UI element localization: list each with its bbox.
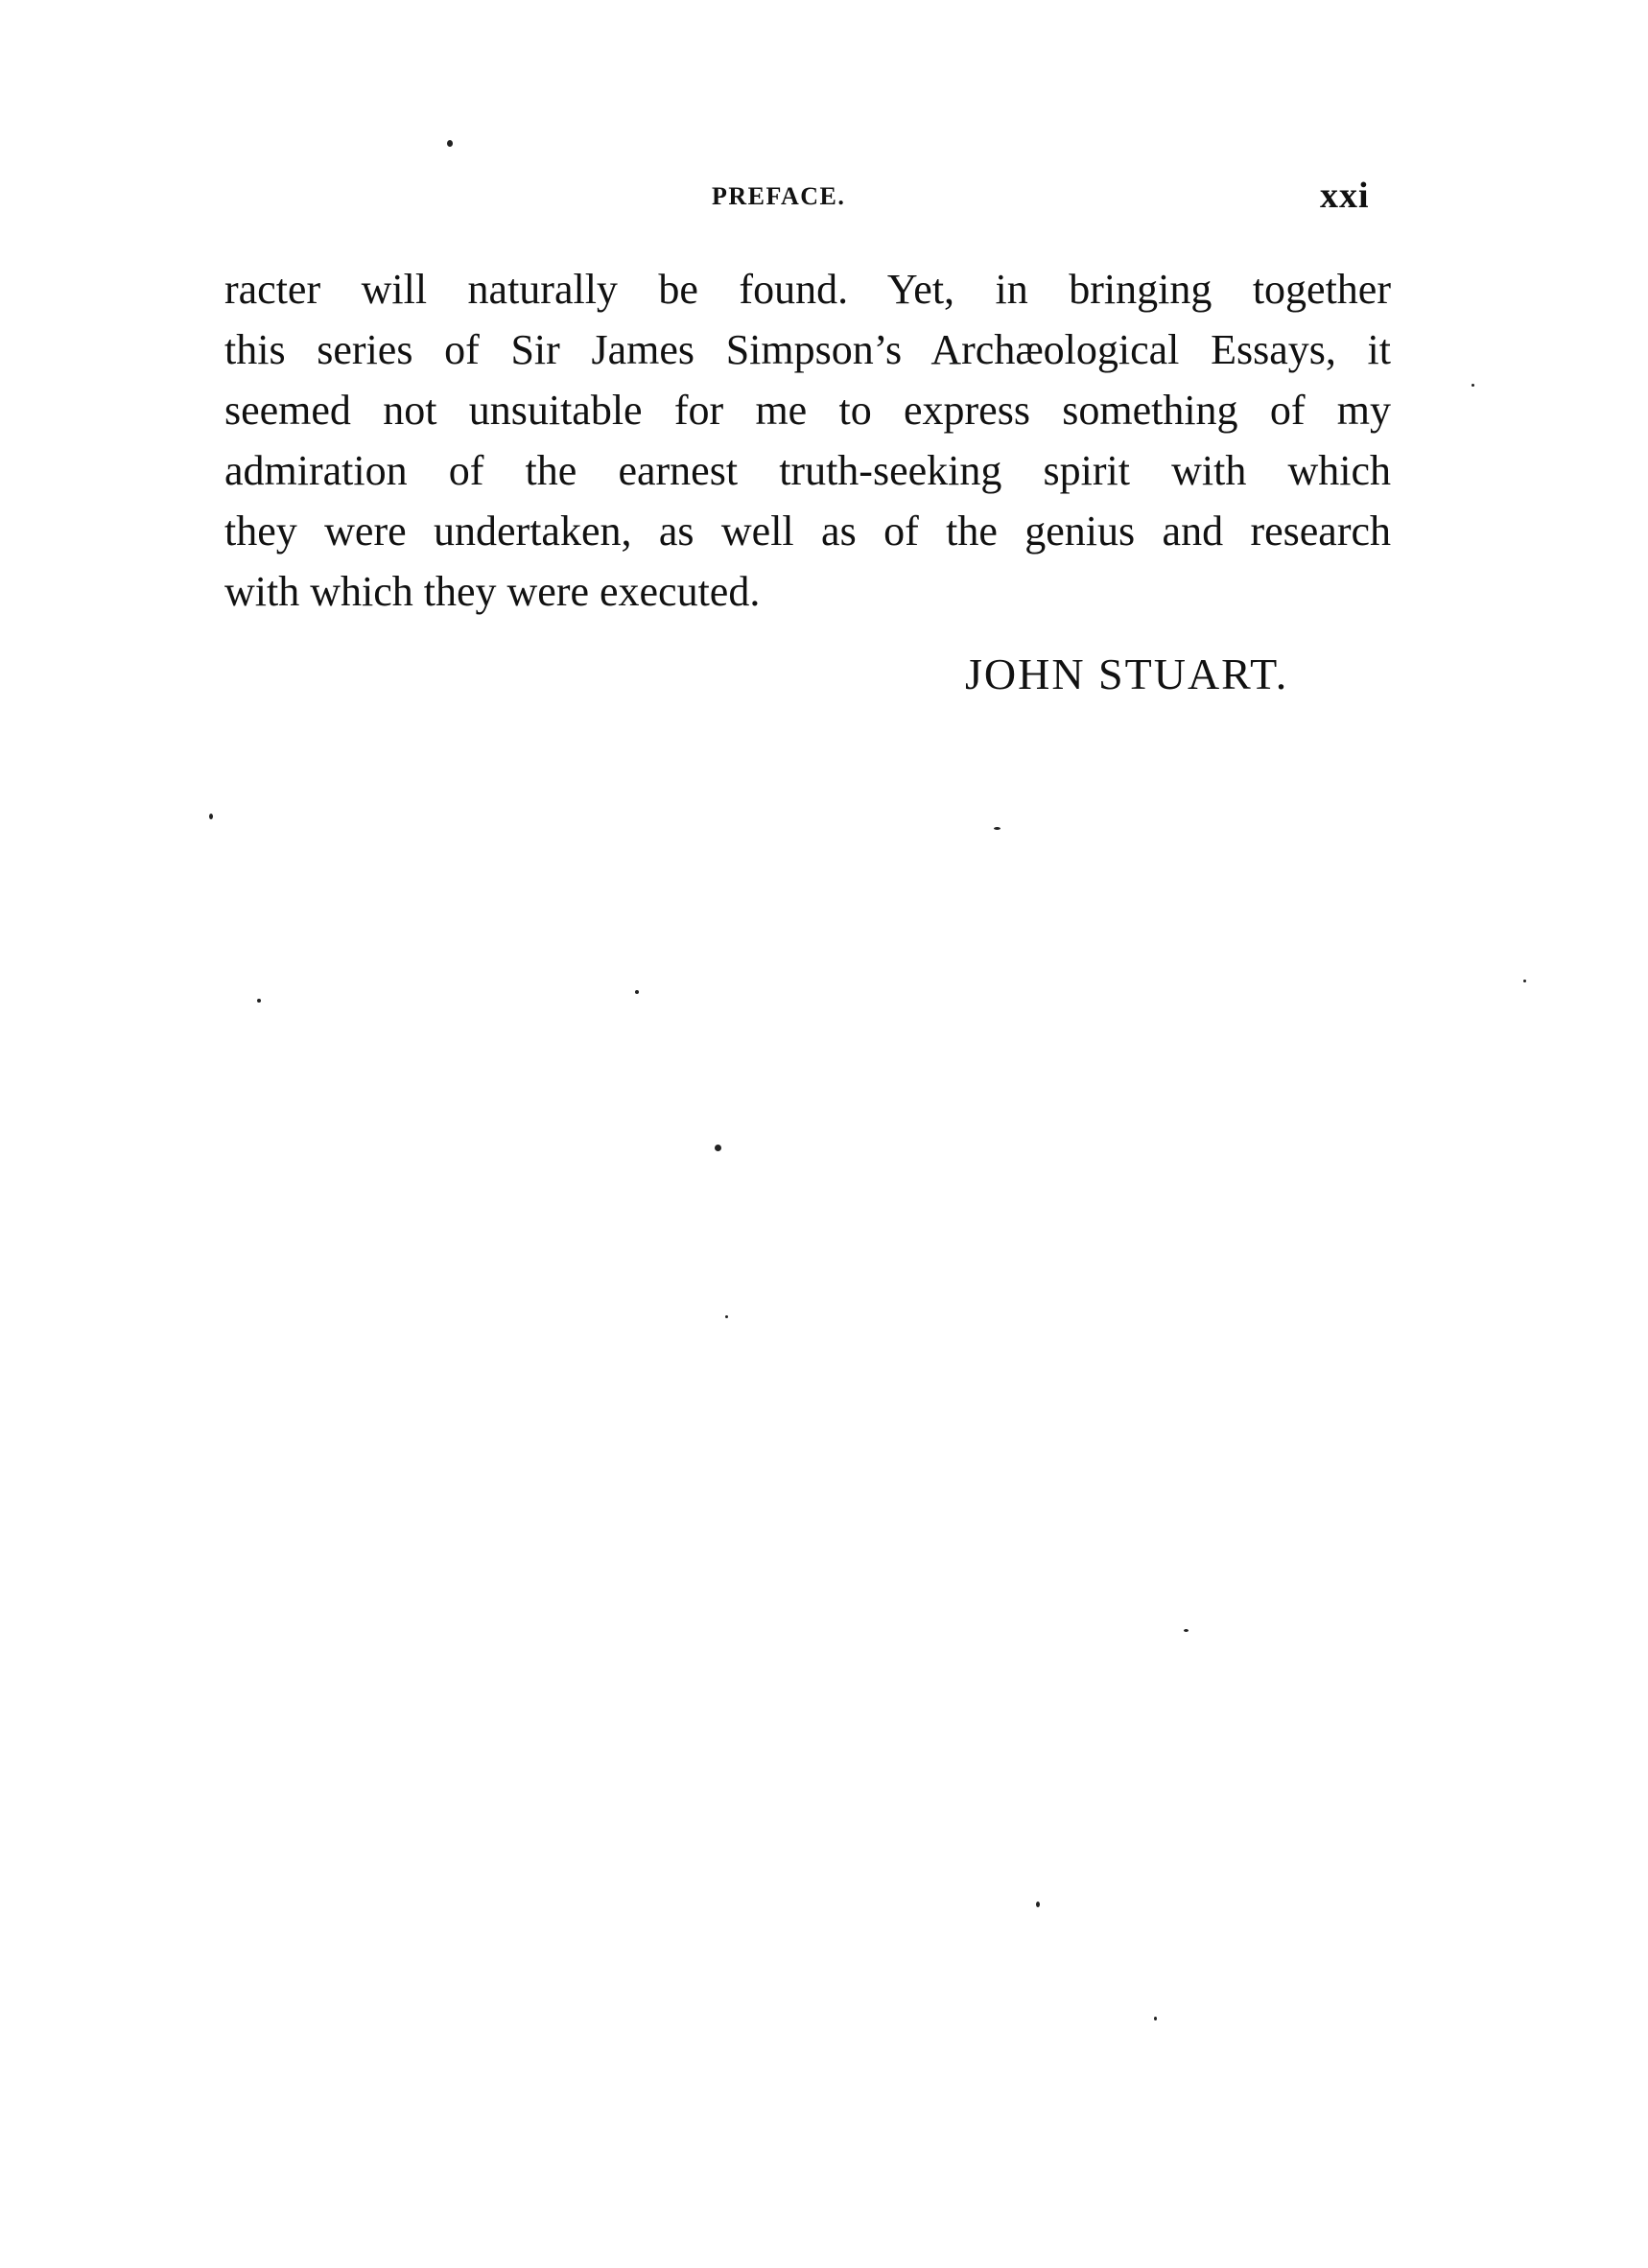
- text-line: admiration of the earnest truth-seeking …: [224, 440, 1391, 501]
- scan-speck: [1471, 384, 1474, 387]
- scan-speck: [209, 814, 213, 819]
- text-line: this series of Sir James Simpson’s Archæ…: [224, 319, 1391, 380]
- scan-speck: [447, 140, 453, 147]
- scan-speck: [257, 999, 261, 1003]
- text-line: with which they were executed.: [224, 561, 1391, 622]
- scan-speck: [1184, 1629, 1189, 1632]
- scan-speck: [635, 990, 639, 994]
- document-page: PREFACE. xxi racter will naturally be fo…: [0, 0, 1648, 2268]
- running-header: PREFACE. xxi: [0, 175, 1648, 223]
- text-line: seemed not unsuitable for me to express …: [224, 380, 1391, 440]
- running-title: PREFACE.: [712, 182, 845, 211]
- scan-speck: [715, 1145, 721, 1151]
- preface-paragraph: racter will naturally be found. Yet, in …: [224, 259, 1391, 622]
- scan-speck: [1523, 980, 1526, 982]
- page-number: xxi: [1320, 175, 1370, 217]
- scan-speck: [1036, 1902, 1040, 1907]
- scan-speck: [725, 1315, 728, 1318]
- text-line: they were undertaken, as well as of the …: [224, 501, 1391, 561]
- scan-speck: [994, 827, 1001, 830]
- author-signature: JOHN STUART.: [965, 649, 1288, 699]
- scan-speck: [1154, 2017, 1157, 2020]
- text-line: racter will naturally be found. Yet, in …: [224, 259, 1391, 319]
